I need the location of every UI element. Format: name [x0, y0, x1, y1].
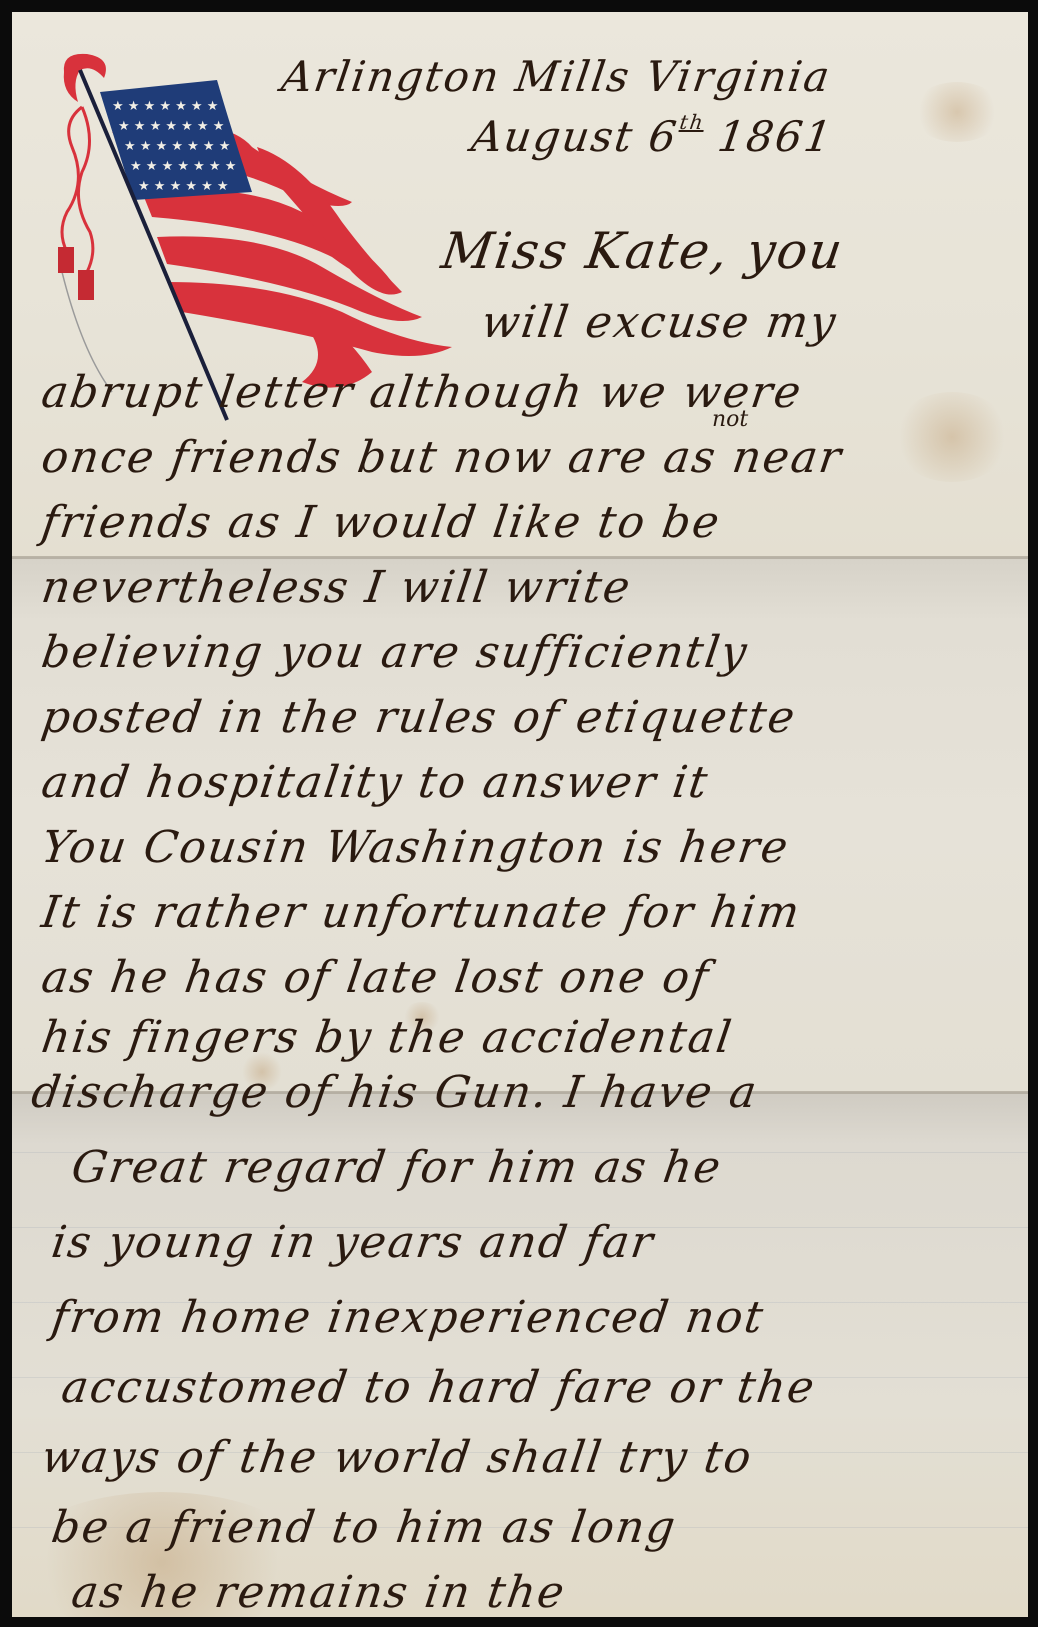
fold-crease — [12, 556, 1028, 559]
body-line: accustomed to hard fare or the — [58, 1362, 819, 1413]
paper-stain — [912, 82, 1002, 142]
body-line: from home inexperienced not — [48, 1292, 768, 1343]
date-suffix: th — [678, 110, 706, 134]
interlinear-insert: not — [712, 407, 748, 432]
letter-place: Arlington Mills Virginia — [279, 52, 835, 101]
svg-text:★ ★ ★ ★ ★ ★ ★: ★ ★ ★ ★ ★ ★ ★ — [112, 99, 218, 114]
letter-date: August 6th 1861 — [469, 112, 837, 161]
body-line: abrupt letter although we were — [38, 367, 805, 418]
body-line: nevertheless I will write — [38, 562, 635, 613]
body-line: his fingers by the accidental — [38, 1012, 736, 1063]
svg-text:★ ★ ★ ★ ★ ★ ★: ★ ★ ★ ★ ★ ★ ★ — [124, 139, 230, 154]
body-line: You Cousin Washington is here — [38, 822, 792, 873]
date-month-day: August 6 — [469, 112, 682, 161]
body-line: ways of the world shall try to — [38, 1432, 756, 1483]
svg-text:★ ★ ★ ★ ★ ★: ★ ★ ★ ★ ★ ★ — [138, 179, 229, 194]
body-line: It is rather unfortunate for him — [38, 887, 804, 938]
body-line: be a friend to him as long — [48, 1502, 680, 1553]
svg-text:★ ★ ★ ★ ★ ★ ★: ★ ★ ★ ★ ★ ★ ★ — [118, 119, 224, 134]
svg-text:★ ★ ★ ★ ★ ★ ★: ★ ★ ★ ★ ★ ★ ★ — [130, 159, 236, 174]
date-year: 1861 — [715, 112, 837, 161]
salutation: Miss Kate, you — [438, 222, 848, 280]
body-line: friends as I would like to be — [38, 497, 724, 548]
body-line: as he has of late lost one of — [38, 952, 713, 1003]
body-line: as he remains in the — [68, 1567, 569, 1617]
body-line: once friends but now are as near — [38, 432, 846, 483]
body-line: believing you are sufficiently — [38, 627, 751, 678]
body-line: will excuse my — [478, 297, 840, 348]
body-line: and hospitality to answer it — [38, 757, 712, 808]
letter-paper: ★ ★ ★ ★ ★ ★ ★ ★ ★ ★ ★ ★ ★ ★ ★ ★ ★ ★ ★ ★ … — [12, 12, 1028, 1617]
body-line: is young in years and far — [48, 1217, 657, 1268]
body-line: Great regard for him as he — [68, 1142, 725, 1193]
paper-stain — [892, 392, 1012, 482]
body-line: posted in the rules of etiquette — [38, 692, 799, 743]
body-line: discharge of his Gun. I have a — [28, 1067, 761, 1118]
